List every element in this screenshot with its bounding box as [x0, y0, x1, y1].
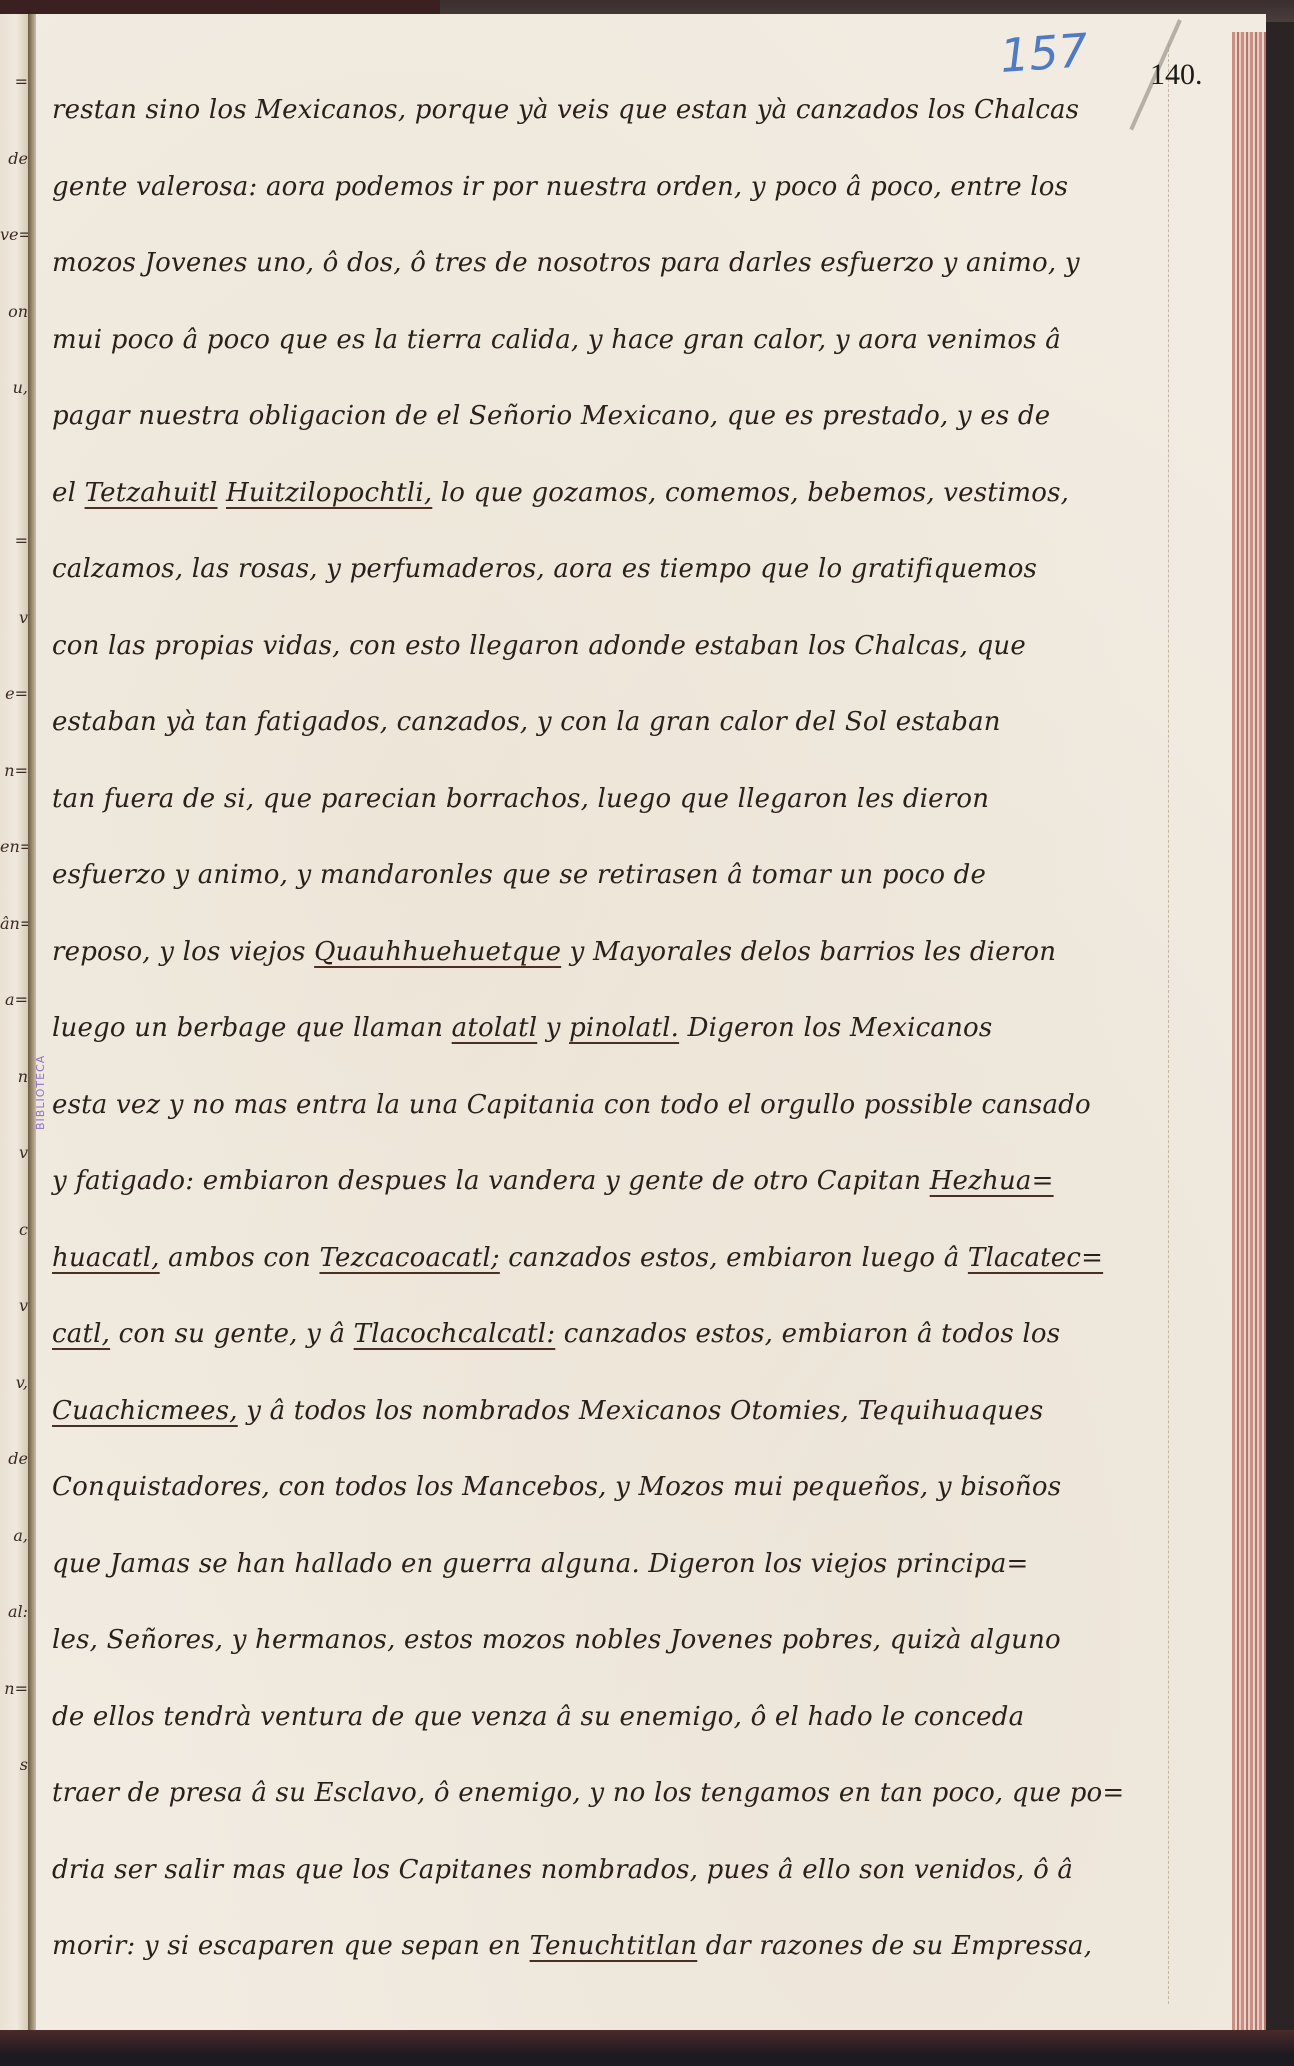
manuscript-line: con las propias vidas, con esto llegaron… [52, 608, 1132, 685]
previous-page-fragment: n= [0, 1679, 28, 1698]
underlined-term: Hezhua= [930, 1166, 1054, 1196]
previous-page-fragment: al: [0, 1602, 28, 1621]
previous-page-fragment: c [0, 1220, 28, 1239]
underlined-term: Tlacochcalcatl: [354, 1319, 556, 1349]
underlined-term: pinolatl. [569, 1013, 679, 1043]
manuscript-line: mui poco â poco que es la tierra calida,… [52, 302, 1132, 379]
previous-page-fragment: on [0, 302, 28, 321]
manuscript-line: pagar nuestra obligacion de el Señorio M… [52, 378, 1132, 455]
previous-page-fragment: = [0, 531, 28, 550]
previous-page-fragment: ve= [0, 225, 28, 244]
folio-number: 140. [1150, 58, 1203, 92]
underlined-term: Tetzahuitl [85, 478, 218, 508]
previous-page-fragment: s [0, 1755, 28, 1774]
previous-page-fragment: ân= [0, 914, 28, 933]
previous-page-fragment: en= [0, 837, 28, 856]
underlined-term: Tenuchtitlan [530, 1931, 698, 1961]
manuscript-line: que Jamas se han hallado en guerra algun… [52, 1526, 1132, 1603]
library-stamp: BIBLIOTECA [34, 980, 46, 1130]
previous-page-fragment: = [0, 72, 28, 91]
manuscript-text: restan sino los Mexicanos, porque yà vei… [52, 72, 1132, 1985]
underlined-term: huacatl, [52, 1243, 160, 1273]
page-edges [1232, 32, 1266, 2052]
manuscript-line: esta vez y no mas entra la una Capitania… [52, 1067, 1132, 1144]
previous-page-fragment: v, [0, 1373, 28, 1392]
manuscript-line: esfuerzo y animo, y mandaronles que se r… [52, 837, 1132, 914]
margin-rule [1168, 44, 1169, 2004]
previous-page-fragment: v [0, 1143, 28, 1162]
previous-page-fragment: de [0, 1449, 28, 1468]
manuscript-line: de ellos tendrà ventura de que venza â s… [52, 1679, 1132, 1756]
previous-page-fragment: n= [0, 761, 28, 780]
manuscript-line: tan fuera de si, que parecian borrachos,… [52, 761, 1132, 838]
manuscript-line: estaban yà tan fatigados, canzados, y co… [52, 684, 1132, 761]
previous-page-fragment: a, [0, 1526, 28, 1545]
previous-page-fragment: u, [0, 378, 28, 397]
underlined-term: Tezcacoacatl; [319, 1243, 499, 1273]
manuscript-line: traer de presa â su Esclavo, ô enemigo, … [52, 1755, 1132, 1832]
manuscript-line: y fatigado: embiaron despues la vandera … [52, 1143, 1132, 1220]
underlined-term: Huitzilopochtli, [226, 478, 432, 508]
manuscript-line: restan sino los Mexicanos, porque yà vei… [52, 72, 1132, 149]
manuscript-line: Conquistadores, con todos los Mancebos, … [52, 1449, 1132, 1526]
previous-page-fragment: e= [0, 684, 28, 703]
underlined-term: Quauhhuehuetque [314, 937, 561, 967]
previous-page-fragment: v [0, 608, 28, 627]
previous-page-fragment: v [0, 1296, 28, 1315]
previous-page-fragment: de [0, 149, 28, 168]
manuscript-line: huacatl, ambos con Tezcacoacatl; canzado… [52, 1220, 1132, 1297]
previous-page-edge: =deve=onu,=ve=n=en=ân=a=nvcvv,dea,al:n=s [0, 14, 30, 2044]
previous-page-fragment: n [0, 1067, 28, 1086]
manuscript-line: calzamos, las rosas, y perfumaderos, aor… [52, 531, 1132, 608]
book-cover-bottom [0, 2030, 1294, 2066]
manuscript-line: morir: y si escaparen que sepan en Tenuc… [52, 1908, 1132, 1985]
manuscript-line: catl, con su gente, y â Tlacochcalcatl: … [52, 1296, 1132, 1373]
previous-page-fragment: a= [0, 990, 28, 1009]
manuscript-line: luego un berbage que llaman atolatl y pi… [52, 990, 1132, 1067]
underlined-term: Cuachicmees, [52, 1396, 238, 1426]
underlined-term: catl, [52, 1319, 110, 1349]
manuscript-line: Cuachicmees, y â todos los nombrados Mex… [52, 1373, 1132, 1450]
manuscript-line: el Tetzahuitl Huitzilopochtli, lo que go… [52, 455, 1132, 532]
manuscript-line: dria ser salir mas que los Capitanes nom… [52, 1832, 1132, 1909]
underlined-term: atolatl [452, 1013, 538, 1043]
manuscript-line: mozos Jovenes uno, ô dos, ô tres de noso… [52, 225, 1132, 302]
underlined-term: Tlacatec= [968, 1243, 1103, 1273]
manuscript-line: gente valerosa: aora podemos ir por nues… [52, 149, 1132, 226]
manuscript-line: les, Señores, y hermanos, estos mozos no… [52, 1602, 1132, 1679]
manuscript-line: reposo, y los viejos Quauhhuehuetque y M… [52, 914, 1132, 991]
